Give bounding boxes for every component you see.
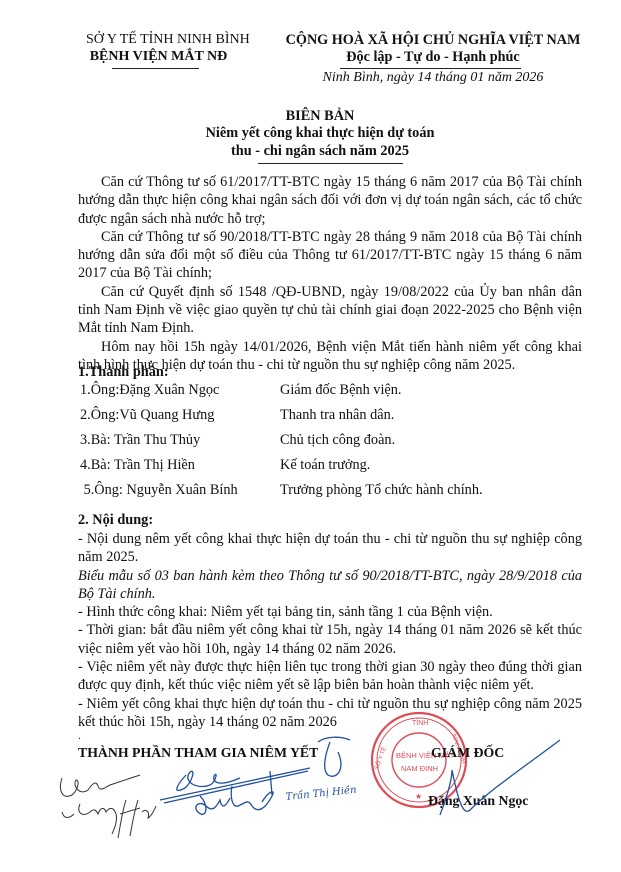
- preamble-paragraph: Căn cứ Thông tư số 61/2017/TT-BTC ngày 1…: [78, 173, 582, 228]
- document-title: BIÊN BẢN: [60, 108, 580, 125]
- handwritten-name: Trần Thị Hiền: [285, 784, 357, 803]
- hospital-name: BỆNH VIỆN MẮT NĐ: [86, 49, 231, 65]
- hospital-name-underline: [112, 68, 199, 69]
- member-role: Kế toán trưởng.: [280, 457, 370, 474]
- content-item: - Niêm yết công khai thực hiện dự toán t…: [78, 695, 582, 732]
- member-row: 5.Ông: Nguyễn Xuân Bính Trưởng phòng Tổ …: [80, 482, 580, 507]
- content-item: - Nội dung nêm yết công khai thực hiện d…: [78, 530, 582, 567]
- participants-label: THÀNH PHẦN THAM GIA NIÊM YẾT: [78, 745, 318, 761]
- member-name: 4.Bà: Trần Thị Hiền: [80, 457, 195, 474]
- section-heading-members: 1.Thành phần:: [78, 364, 169, 381]
- member-name: 5.Ông: Nguyễn Xuân Bính: [80, 482, 238, 499]
- member-role: Giám đốc Bệnh viện.: [280, 382, 402, 399]
- preamble: Căn cứ Thông tư số 61/2017/TT-BTC ngày 1…: [78, 173, 582, 374]
- motto-underline: [340, 68, 521, 69]
- svg-text:SỞ Y TẾ: SỞ Y TẾ: [373, 746, 388, 771]
- document-date: Ninh Bình, ngày 14 tháng 01 năm 2026: [283, 70, 583, 86]
- preamble-paragraph: Căn cứ Quyết định số 1548 /QĐ-UBND, ngày…: [78, 283, 582, 338]
- content-section: - Nội dung nêm yết công khai thực hiện d…: [78, 530, 582, 731]
- member-name: 1.Ông:Đặng Xuân Ngọc: [80, 382, 219, 399]
- member-list: 1.Ông:Đặng Xuân Ngọc Giám đốc Bệnh viện.…: [80, 382, 580, 507]
- director-name: Đặng Xuân Ngọc: [428, 793, 528, 809]
- member-row: 4.Bà: Trần Thị Hiền Kế toán trưởng.: [80, 457, 580, 482]
- section-heading-content: 2. Nội dung:: [78, 512, 153, 529]
- document-subtitle-line2: thu - chi ngân sách năm 2025: [60, 143, 580, 160]
- member-name: 2.Ông:Vũ Quang Hưng: [80, 407, 214, 424]
- member-name: 3.Bà: Trần Thu Thủy: [80, 432, 200, 449]
- member-role: Trưởng phòng Tổ chức hành chính.: [280, 482, 483, 499]
- content-item: - Thời gian: bắt đầu niêm yết công khai …: [78, 621, 582, 658]
- content-item: - Hình thức công khai: Niêm yết tại bảng…: [78, 603, 582, 621]
- preamble-paragraph: Căn cứ Thông tư số 90/2018/TT-BTC ngày 2…: [78, 228, 582, 283]
- footer-dot: .: [78, 728, 81, 743]
- member-role: Chủ tịch công đoàn.: [280, 432, 395, 449]
- director-label: GIÁM ĐỐC: [431, 745, 504, 761]
- department-name: SỞ Y TẾ TỈNH NINH BÌNH: [86, 32, 231, 48]
- national-motto: Độc lập - Tự do - Hạnh phúc: [283, 49, 583, 66]
- document-subtitle-line1: Niêm yết công khai thực hiện dự toán: [60, 125, 580, 142]
- svg-text:★: ★: [415, 792, 422, 801]
- signature-pencil: [60, 775, 156, 838]
- title-divider: [258, 163, 403, 164]
- member-role: Thanh tra nhân dân.: [280, 407, 394, 424]
- member-row: 2.Ông:Vũ Quang Hưng Thanh tra nhân dân.: [80, 407, 580, 432]
- content-item: - Việc niêm yết này được thực hiện liên …: [78, 658, 582, 695]
- member-row: 1.Ông:Đặng Xuân Ngọc Giám đốc Bệnh viện.: [80, 382, 580, 407]
- stamp-center-line2: NAM ĐỊNH: [401, 764, 438, 773]
- national-title: CỘNG HOÀ XÃ HỘI CHỦ NGHĨA VIỆT NAM: [283, 32, 583, 49]
- form-note: Biểu mẫu số 03 ban hành kèm theo Thông t…: [78, 567, 582, 604]
- member-row: 3.Bà: Trần Thu Thủy Chủ tịch công đoàn.: [80, 432, 580, 457]
